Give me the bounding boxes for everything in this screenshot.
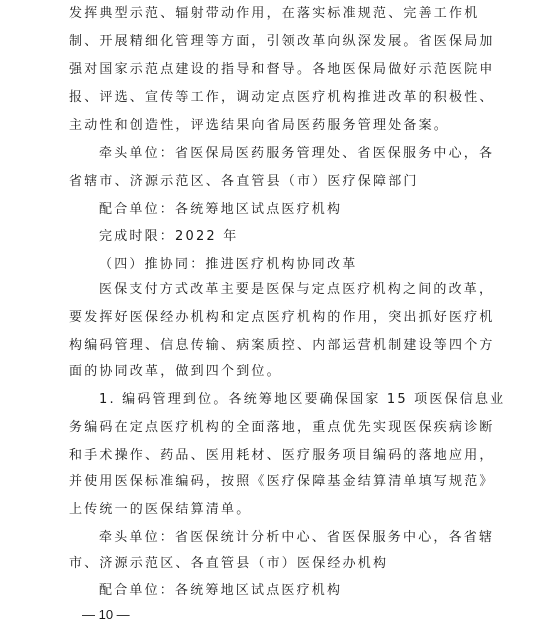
cooperating-unit-label: 配合单位：各统筹地区试点医疗机构 xyxy=(99,200,519,220)
lead-unit-continued: 市、济源示范区、各直管县（市）医保经办机构 xyxy=(69,554,489,574)
document-page: 发挥典型示范、辐射带动作用，在落实标准规范、完善工作机 制、开展精细化管理等方面… xyxy=(0,0,545,627)
page-number: — 10 — xyxy=(82,605,130,625)
paragraph-line: 发挥典型示范、辐射带动作用，在落实标准规范、完善工作机 xyxy=(69,4,489,24)
paragraph-line: 医保支付方式改革主要是医保与定点医疗机构之间的改革， xyxy=(99,280,519,300)
numbered-item: 1. 编码管理到位。各统筹地区要确保国家 15 项医保信息业 xyxy=(99,390,519,410)
paragraph-line: 强对国家示范点建设的指导和督导。各地医保局做好示范医院申 xyxy=(69,60,489,80)
deadline-label: 完成时限：2022 年 xyxy=(99,227,519,247)
paragraph-line: 面的协同改革，做到四个到位。 xyxy=(69,362,489,382)
lead-unit-label: 牵头单位：省医保统计分析中心、省医保服务中心，各省辖 xyxy=(99,528,519,548)
paragraph-line: 上传统一的医保结算清单。 xyxy=(69,500,489,520)
paragraph-line: 务编码在定点医疗机构的全面落地，重点优先实现医保疾病诊断 xyxy=(69,418,489,438)
lead-unit-label: 牵头单位：省医保局医药服务管理处、省医保服务中心，各 xyxy=(99,144,519,164)
section-heading: （四）推协同：推进医疗机构协同改革 xyxy=(99,255,519,275)
paragraph-line: 和手术操作、药品、医用耗材、医疗服务项目编码的落地应用， xyxy=(69,446,489,466)
paragraph-line: 制、开展精细化管理等方面，引领改革向纵深发展。省医保局加 xyxy=(69,32,489,52)
paragraph-line: 要发挥好医保经办机构和定点医疗机构的作用，突出抓好医疗机 xyxy=(69,308,489,328)
lead-unit-continued: 省辖市、济源示范区、各直管县（市）医疗保障部门 xyxy=(69,172,489,192)
paragraph-line: 主动性和创造性，评选结果向省局医药服务管理处备案。 xyxy=(69,116,489,136)
paragraph-line: 报、评选、宣传等工作，调动定点医疗机构推进改革的积极性、 xyxy=(69,88,489,108)
paragraph-line: 并使用医保标准编码，按照《医疗保障基金结算清单填写规范》 xyxy=(69,472,489,492)
cooperating-unit-label: 配合单位：各统筹地区试点医疗机构 xyxy=(99,581,519,601)
paragraph-line: 构编码管理、信息传输、病案质控、内部运营机制建设等四个方 xyxy=(69,336,489,356)
